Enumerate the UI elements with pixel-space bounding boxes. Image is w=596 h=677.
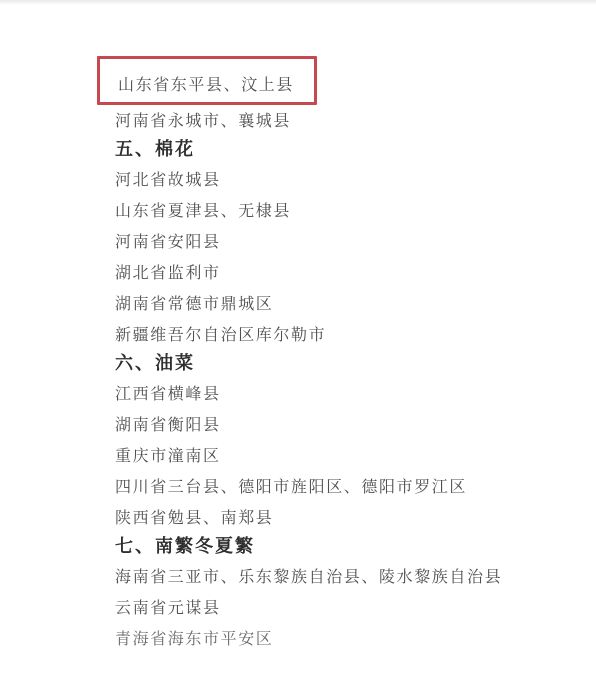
region-list-line: 重庆市潼南区 — [115, 448, 567, 465]
section-heading: 五、棉花 — [115, 140, 567, 158]
region-list-line: 山东省东平县、汶上县 — [97, 56, 567, 105]
region-list-line: 四川省三台县、德阳市旌阳区、德阳市罗江区 — [115, 479, 567, 496]
region-list-line: 河南省永城市、襄城县 — [115, 113, 567, 130]
region-list-line: 新疆维吾尔自治区库尔勒市 — [115, 327, 567, 344]
region-list-line: 湖北省监利市 — [115, 265, 567, 282]
region-list-line: 河北省故城县 — [115, 172, 567, 189]
region-list-line: 河南省安阳县 — [115, 234, 567, 251]
region-list-line: 湖南省常德市鼎城区 — [115, 296, 567, 313]
region-list-line: 云南省元谋县 — [115, 600, 567, 617]
region-list-line: 湖南省衡阳县 — [115, 417, 567, 434]
section-heading: 七、南繁冬夏繁 — [115, 537, 567, 555]
highlight-box: 山东省东平县、汶上县 — [97, 56, 317, 105]
region-list-line: 海南省三亚市、乐东黎族自治县、陵水黎族自治县 — [115, 569, 567, 586]
region-list-line: 青海省海东市平安区 — [115, 631, 567, 648]
document-page: 山东省东平县、汶上县河南省永城市、襄城县五、棉花河北省故城县山东省夏津县、无棣县… — [0, 0, 596, 677]
region-list-line: 山东省夏津县、无棣县 — [115, 203, 567, 220]
document-content: 山东省东平县、汶上县河南省永城市、襄城县五、棉花河北省故城县山东省夏津县、无棣县… — [97, 56, 567, 648]
region-list-line: 江西省横峰县 — [115, 386, 567, 403]
region-list-line: 陕西省勉县、南郑县 — [115, 510, 567, 527]
section-heading: 六、油菜 — [115, 354, 567, 372]
page-top-edge-shadow — [0, 0, 596, 5]
